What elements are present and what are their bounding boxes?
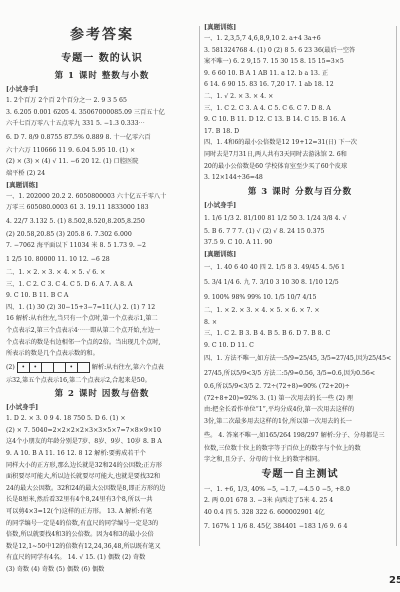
lesson-1-title: 第 1 课时 整数与小数 bbox=[6, 68, 198, 84]
answer-line: 六十六万 110666 11 9. 6.04 5.95 10. (1) × bbox=[6, 145, 198, 157]
section-tag-try: [小试身手] bbox=[6, 402, 198, 413]
answer-line: 可以剪4×3=12(个)这样的正方形。 13. A 解析:有笔 bbox=[6, 506, 198, 518]
answer-line: (2) 20.58,20.85 (3) 205.8 6. 7.302 6.000 bbox=[6, 229, 198, 241]
answer-line: 5. 3/4 1/4 6. 九 7. 3/10 3 10 30 8. 1/10 … bbox=[204, 275, 396, 290]
answer-line: 20的最小公倍数是60 学校体育室至少买了60个皮球 bbox=[204, 161, 396, 173]
answer-line: 案不唯一) 6. 2 9,15 7. 15 30 15 8. 15 15=3×5 bbox=[204, 56, 396, 68]
answer-line: 万零三 605080.0003 61 3. 19.11 1833000 183 bbox=[6, 202, 198, 214]
answer-line: 1 2/5 10. 80000 11. 10 12. −6 28 bbox=[6, 252, 198, 267]
answer-line: 27/45,所以5/9<3/5 方法二:5/9≈0.56, 3/5=0.6,因为… bbox=[204, 366, 396, 381]
answer-line: 37.5 9. C 10. A 11. 90 bbox=[204, 237, 396, 249]
answer-line: 一、1. 2,3,5,7 4,6,8,9,10 2. a+4 3a+6 bbox=[204, 33, 396, 45]
answer-line: (72+8+20)=92% 3. (1) 第一次用去的长一些 (2) 理 bbox=[204, 393, 396, 405]
answer-line: (3) 奇数 (4) 奇数 (5) 偶数 (6) 偶数 bbox=[6, 564, 198, 576]
answer-line: 9. 100% 98% 99% 10. 1/5 10/7 4/15 bbox=[204, 290, 396, 305]
page-number: 25 bbox=[389, 575, 400, 586]
answer-line: 9. C 10. B 11. B C A bbox=[6, 290, 198, 302]
answer-line: 有直尺的同学有4名。 14. √ 15. (1) 偶数 (2) 奇数 bbox=[6, 552, 198, 564]
answer-line: 同样大小的正方形,那么边长就是32和24的公因数;正方形 bbox=[6, 460, 198, 472]
answer-line: 端平桥 (2) 24 bbox=[6, 168, 198, 180]
answer-line: 9. 6 60 10. B A 1 AB 11. a 12. b a 13. 正 bbox=[204, 68, 396, 80]
answer-line: 3份,第二次最多用去这样的1份,所以第一次用去的长一 bbox=[204, 416, 396, 428]
answer-line: 由:把全长看作单位“1”,平均分成4份,第一次用去这样的 bbox=[204, 404, 396, 416]
dot-cell bbox=[42, 363, 54, 372]
answer-line: 7. −7062 海平面以下 11034 米 8. 5 1.73 9. −2 bbox=[6, 240, 198, 252]
answer-line: 二、1. × 2. × 3. × 4. × 5. × 6. × 7. × bbox=[204, 305, 396, 317]
answer-line: 1. D 2. × 3. 0 9 4. 18 750 5. D 6. (1) × bbox=[6, 413, 198, 425]
answer-line: 8. × bbox=[204, 317, 396, 329]
answer-line: 17. B 18. D bbox=[204, 126, 396, 138]
answer-line: 些。 4. 答案不唯一,如165/264 198/297 解析:分子、分母都是三 bbox=[204, 428, 396, 443]
answer-line: 16 解析:从右往左,当只有一个点时,第一个点表示1,第二 bbox=[6, 313, 198, 325]
answer-line: 面积要尽可能大,所以边长就要尽可能大,也就是要找32和 bbox=[6, 471, 198, 483]
answer-line: 6 14. 6 90 15. 83 16. 7,20 17. 1 ab 18. … bbox=[204, 79, 396, 91]
answer-line: 数是12,1~50中12的倍数有12,24,36,48,所以既有笔又 bbox=[6, 541, 198, 553]
answer-line: 这4个小朋友的年龄分别是7岁、8岁、9岁、10岁 8. B A bbox=[6, 436, 198, 448]
answer-line: 四、1. (1) 30 (2) 30−15+3−7=11(人) 2. (1) 7… bbox=[6, 302, 198, 314]
section-tag-try: [小试身手] bbox=[6, 84, 198, 95]
section-tag-real: [真题训练] bbox=[6, 180, 198, 191]
answer-line: 9. A 10. B A 11. 16 12. 8 12 解析:要剪成若干个 bbox=[6, 448, 198, 460]
self-test-title: 专题一自主测试 bbox=[204, 466, 396, 484]
answer-line: 二、1. × 2. × 3. × 4. × 5. √ 6. × bbox=[6, 267, 198, 279]
answer-line: 3. 581324768 4. (1) 0 (2) 8 5. 6 23 36(最… bbox=[204, 45, 396, 57]
answer-line: 4. 22/7 3.132 5. (1) 8.502,8.520,8.205,8… bbox=[6, 214, 198, 229]
answer-line: 3. 6.205 0.001 6205 4. 35067000085.09 三百… bbox=[6, 107, 198, 119]
answer-line: 倍数,所以就要找4和3的公倍数。因为4和3的最小公倍 bbox=[6, 529, 198, 541]
answer-line: 所表示的数是几个点表示数的和。 bbox=[6, 348, 198, 360]
answer-line: 6. D 7. 8/9 0.8755 87.5% 0.889 8. 十一亿零六百 bbox=[6, 130, 198, 145]
section-tag-real: [真题训练] bbox=[204, 22, 396, 33]
answer-line: 三、1. C 2. B 3. B 4. B 5. B 6. D 7. B 8. … bbox=[204, 328, 396, 340]
dots-diagram: • • • bbox=[17, 362, 90, 373]
answer-line: 的同学编号一定是4的倍数,有直尺的同学编号一定是3的 bbox=[6, 518, 198, 530]
answer-line: 1. 2个百万 2个百 2个百分之一 2. 9 3 5 65 bbox=[6, 95, 198, 107]
dots-label: (2) bbox=[6, 364, 15, 371]
answer-line: 1. 1/6 1/3 2. 81/100 81 1/2 50 3. 1/24 3… bbox=[204, 211, 396, 226]
answer-line: 2. 两 0.01 678 3. −3米 向西走了5米 4. 25 4 bbox=[204, 495, 396, 507]
page-title: 参考答案 bbox=[6, 20, 198, 50]
answer-line: 24的最大公因数。32和24的最大公因数是8,即正方形的边 bbox=[6, 483, 198, 495]
answer-line: 个点表示的数是右边相邻一个点的2倍。当出现几个点时, bbox=[6, 337, 198, 349]
dots-explanation: 解析:从右往左,第六个点表 bbox=[92, 364, 164, 371]
answer-line: 9. C 10. D 11. C bbox=[204, 340, 396, 352]
answer-line: 0.6,所以5/9<3/5 2. 72÷(72+8)=90% (72+20)÷ bbox=[204, 381, 396, 393]
section-tag-real: [真题训练] bbox=[204, 249, 396, 260]
left-column: 参考答案 专题一 数的认识 第 1 课时 整数与小数 [小试身手] 1. 2个百… bbox=[6, 0, 198, 576]
answer-line: (2) × 7. 5040=2×2×2×2×3×3×5×7=7×8×9×10 bbox=[6, 425, 198, 437]
answer-line: 三、1. C 2. C 3. C 4. C 5. D 6. A 7. A 8. … bbox=[6, 279, 198, 291]
answer-line: 一、1. 40 6 40 40 四 2. 1/5 8 3. 49/45 4. 5… bbox=[204, 260, 396, 275]
answer-line: (2) × (3) × (4) √ 11. −6 20 12. (1) 口腔医院 bbox=[6, 156, 198, 168]
section-tag-try: [小试身手] bbox=[204, 200, 396, 211]
lesson-2-title: 第 2 课时 因数与倍数 bbox=[6, 386, 198, 402]
answer-line: 一、1. 202000 20.2 2. 6050800003 六十亿五千零八十 bbox=[6, 191, 198, 203]
answer-line: 四、1. 4和6的最小公倍数是12 19+12=31(日) 下一次 bbox=[204, 137, 396, 149]
dot-cell bbox=[78, 363, 89, 372]
answer-line: 二、1. √ 2. × 3. × 4. × bbox=[204, 91, 396, 103]
answer-line: 位数,三位数十位上的数字等于百位上的数字与个位上的数 bbox=[204, 443, 396, 455]
answer-line: 9. C 10. B 11. D 12. C 13. B 14. C 15. B… bbox=[204, 114, 396, 126]
answer-line: 三、1. C 2. C 3. A 4. C 5. C 6. C 7. D 8. … bbox=[204, 103, 396, 115]
answer-line: 同时去是7月31日,两人共有3天同时去游泳馆 2. 6和 bbox=[204, 149, 396, 161]
answer-line: 字之和,且分子、分母的十位上的数字相同。 bbox=[204, 454, 396, 466]
answer-line: 示32,第五个点表示16,第二个点表示2,合起来是50。 bbox=[6, 375, 198, 387]
topic-title: 专题一 数的认识 bbox=[6, 50, 198, 68]
dots-diagram-line: (2) • • • 解析:从右往左,第六个点表 bbox=[6, 360, 198, 375]
answer-line: 个点表示2,第三个点表示4⋯⋯即从第二个点开始,左边一 bbox=[6, 325, 198, 337]
dot-cell bbox=[54, 363, 66, 372]
answer-line: 3. 12×144÷36=48 bbox=[204, 172, 396, 184]
dot-cell: • bbox=[30, 363, 42, 372]
answer-line: 7. 167% 1 1/6 8. 45亿 384401 −183 1/6 9. … bbox=[204, 519, 396, 534]
dot-cell: • bbox=[66, 363, 78, 372]
lesson-3-title: 第 3 课时 分数与百分数 bbox=[204, 184, 396, 200]
answer-line: 六千七百万零八十五点零九 331 5. −1.3 0.333⋯ bbox=[6, 118, 198, 130]
dot-cell: • bbox=[18, 363, 30, 372]
answer-line: 四、1. 方法不唯一,如方法一:5/9=25/45, 3/5=27/45,因为2… bbox=[204, 351, 396, 366]
right-column: [真题训练] 一、1. 2,3,5,7 4,6,8,9,10 2. a+4 3a… bbox=[204, 22, 396, 534]
answer-line: 长是8厘米,然后看32里有4个8,24里有3个8,所以一共 bbox=[6, 494, 198, 506]
answer-line: 40 0.4 四 5. 328 322 6. 600002901 4亿 bbox=[204, 507, 396, 519]
answer-line: 5. B 6. 7 7 7. (1) √ (2) √ 8. 24 15 0.37… bbox=[204, 226, 396, 238]
answer-line: 一、1. +6, 1/3, 40% −5, −1.7, −4.5 0 −5, +… bbox=[204, 484, 396, 496]
